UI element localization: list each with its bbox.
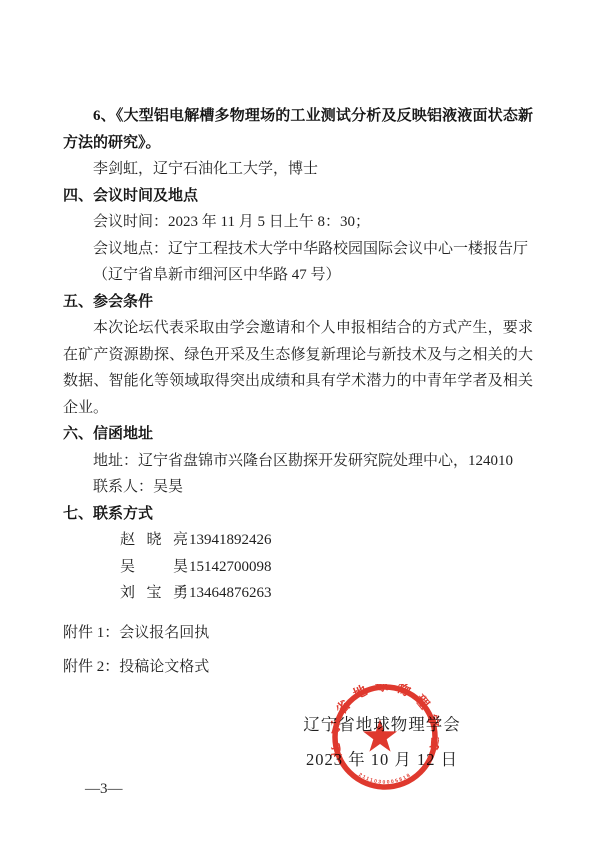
signature-date: 2023 年 10 月 12 日	[250, 749, 514, 771]
seal-code-path	[352, 770, 418, 784]
contact-name: 赵晓亮	[120, 527, 188, 554]
contact-row: 赵晓亮 13941892426	[63, 527, 533, 554]
report-item-6-presenter: 李剑虹，辽宁石油化工大学，博士	[63, 156, 533, 183]
mail-contact-line: 联系人：吴昊	[63, 474, 533, 501]
meeting-place-line: 会议地点：辽宁工程技术大学中华路校园国际会议中心一楼报告厅	[63, 236, 533, 263]
seal-code-text: 2111030005818	[357, 772, 412, 786]
document-page: 6、《大型铝电解槽多物理场的工业测试分析及反映铝液液面状态新方法的研究》。 李剑…	[0, 0, 604, 857]
attachments-list: 附件 1：会议报名回执 附件 2：投稿论文格式	[63, 622, 209, 690]
page-number: —3—	[85, 781, 123, 798]
contact-phone: 13941892426	[189, 527, 272, 554]
section-heading-participation-conditions: 五、参会条件	[63, 289, 533, 316]
contact-phone: 13464876263	[189, 580, 272, 607]
signature-block: 辽宁省地球物理学会 2023 年 10 月 12 日	[250, 714, 514, 771]
participation-conditions-body: 本次论坛代表采取由学会邀请和个人申报相结合的方式产生，要求在矿产资源勘探、绿色开…	[63, 315, 533, 421]
contact-name: 刘宝勇	[120, 580, 188, 607]
attachment-2-label: 附件 2：投稿论文格式	[63, 656, 209, 678]
attachment-1-label: 附件 1：会议报名回执	[63, 622, 209, 644]
section-heading-contact-methods: 七、联系方式	[63, 501, 533, 528]
contact-row: 吴 昊 15142700098	[63, 554, 533, 581]
section-heading-mail-address: 六、信函地址	[63, 421, 533, 448]
meeting-address-line: （辽宁省阜新市细河区中华路 47 号）	[63, 262, 533, 289]
mail-address-line: 地址：辽宁省盘锦市兴隆台区勘探开发研究院处理中心，124010	[63, 448, 533, 475]
contact-row: 刘宝勇 13464876263	[63, 580, 533, 607]
meeting-time-line: 会议时间：2023 年 11 月 5 日上午 8：30；	[63, 209, 533, 236]
document-body: 6、《大型铝电解槽多物理场的工业测试分析及反映铝液液面状态新方法的研究》。 李剑…	[63, 103, 533, 607]
signature-organization: 辽宁省地球物理学会	[250, 714, 514, 736]
report-item-6-title: 6、《大型铝电解槽多物理场的工业测试分析及反映铝液液面状态新方法的研究》。	[63, 103, 533, 156]
contact-phone: 15142700098	[189, 554, 272, 581]
section-heading-meeting-time-place: 四、会议时间及地点	[63, 183, 533, 210]
contact-name: 吴 昊	[120, 554, 188, 581]
